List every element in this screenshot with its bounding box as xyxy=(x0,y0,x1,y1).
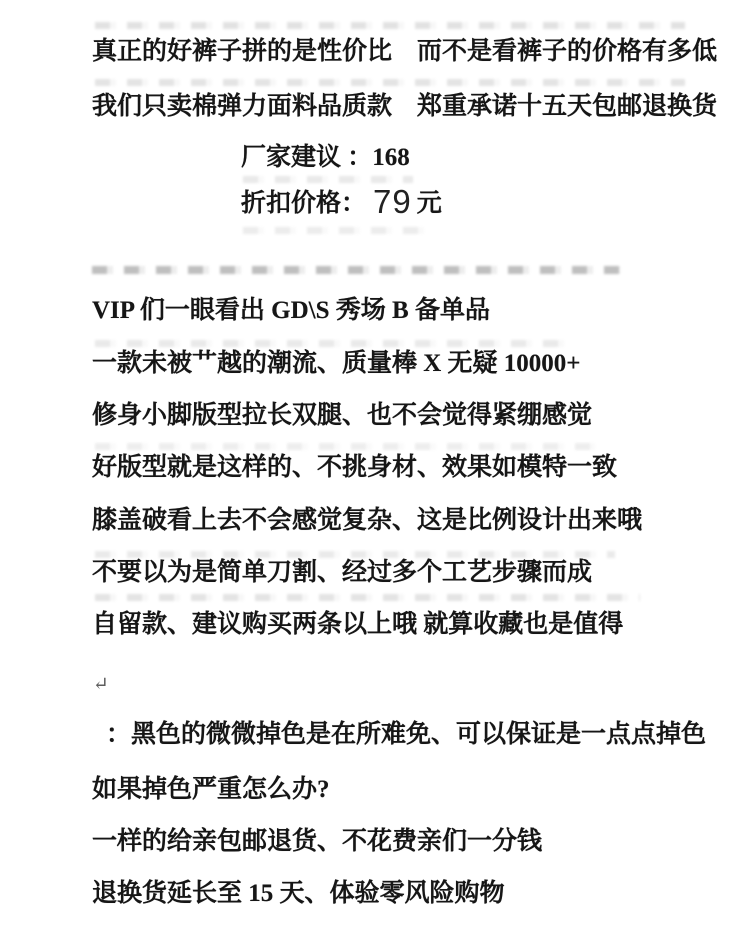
discount-price-label: 折扣价格： xyxy=(241,190,366,217)
selling-point-line: VIP 们一眼看出 GD\S 秀场 B 备单品 xyxy=(92,297,490,325)
document-page: 真正的好裤子拼的是性价比 而不是看裤子的价格有多低 我们只卖棉弹力面料品质款 郑… xyxy=(0,0,750,937)
discount-price-value: 79 xyxy=(373,183,412,220)
selling-point-line: 自留款、建议购买两条以上哦 就算收藏也是值得 xyxy=(92,611,623,639)
discount-price-unit: 元 xyxy=(417,190,442,217)
jpeg-artifact-strip xyxy=(95,22,685,29)
factory-suggested-price-line: 厂家建议 ：168 xyxy=(241,144,410,172)
jpeg-artifact-strip xyxy=(243,227,428,234)
selling-point-line: 修身小脚版型拉长双腿、也不会觉得紧绷感觉 xyxy=(92,402,592,430)
jpeg-artifact-strip xyxy=(95,340,565,347)
return-policy-line: 退换货延长至 15 天、体验零风险购物 xyxy=(92,880,505,908)
selling-point-line: 不要以为是简单刀割、经过多个工艺步骤而成 xyxy=(92,559,592,587)
factory-price-label: 厂家建议 ： xyxy=(241,144,372,171)
jpeg-artifact-strip xyxy=(95,551,615,558)
factory-price-value: 168 xyxy=(372,144,410,171)
jpeg-artifact-strip xyxy=(92,266,620,274)
fading-note-line: ：黑色的微微掉色是在所难免、可以保证是一点点掉色 xyxy=(106,721,706,749)
selling-point-line: 膝盖破看上去不会感觉复杂、这是比例设计出来哦 xyxy=(92,507,642,535)
fading-question-line: 如果掉色严重怎么办? xyxy=(92,776,330,804)
jpeg-artifact-strip xyxy=(95,594,640,601)
headline-value-claim: 真正的好裤子拼的是性价比 而不是看裤子的价格有多低 xyxy=(92,38,717,66)
discount-price-line: 折扣价格：79元 xyxy=(241,188,442,218)
jpeg-artifact-strip xyxy=(95,443,595,450)
paragraph-return-mark-icon: ↵ xyxy=(93,671,109,699)
jpeg-artifact-strip xyxy=(243,176,413,183)
headline-quality-promise: 我们只卖棉弹力面料品质款 郑重承诺十五天包邮退换货 xyxy=(92,93,717,121)
selling-point-line: 一款未被艹越的潮流、质量棒 X 无疑 10000+ xyxy=(92,350,581,378)
selling-point-line: 好版型就是这样的、不挑身材、效果如模特一致 xyxy=(92,454,617,482)
refund-promise-line: 一样的给亲包邮退货、不花费亲们一分钱 xyxy=(92,828,542,856)
jpeg-artifact-strip xyxy=(95,79,685,86)
